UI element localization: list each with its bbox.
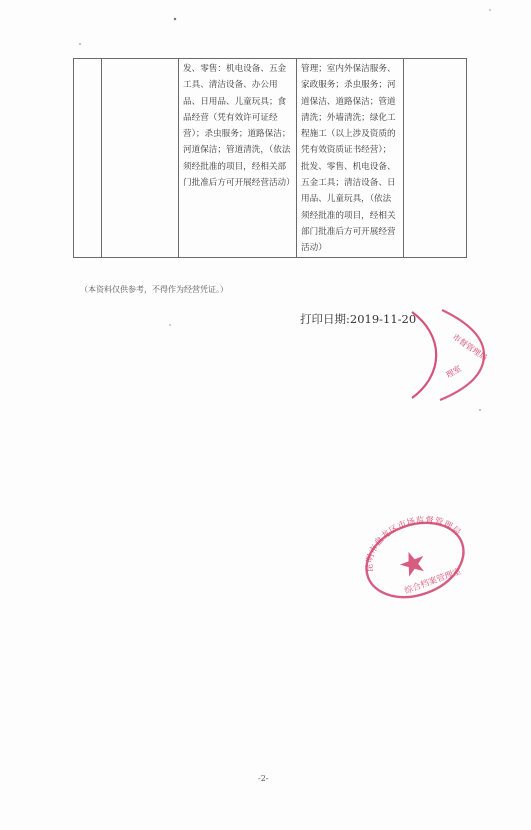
table-cell-item	[102, 59, 179, 258]
page-number: -2-	[258, 774, 269, 783]
official-seal-stamp: 昆明市盘龙区市场监督管理局 综合档案管理室	[355, 500, 475, 620]
svg-text:昆明市盘龙区市场监督管理局: 昆明市盘龙区市场监督管理局	[365, 515, 463, 573]
table-cell-before-change: 发、零售：机电设备、五金工具、清洁设备、办公用品、日用品、儿童玩具；食品经营（凭…	[179, 59, 297, 258]
table-cell-date	[404, 59, 467, 258]
business-scope-table: 发、零售：机电设备、五金工具、清洁设备、办公用品、日用品、儿童玩具；食品经营（凭…	[73, 58, 467, 258]
print-date-label: 打印日期:	[300, 312, 350, 326]
reference-note: （本资料仅供参考，不得作为经营凭证。）	[80, 284, 228, 295]
print-date: 打印日期:2019-11-20	[300, 311, 416, 327]
table-cell-after-change: 管理；室内外保洁服务、家政服务；杀虫服务；河道保洁、道路保洁；管道清洗；外墙清洗…	[297, 59, 404, 258]
print-date-value: 2019-11-20	[350, 312, 416, 326]
partial-stamp-bottom-text: 理室	[444, 363, 463, 380]
table-cell-index	[74, 59, 102, 258]
stamp-top-text: 昆明市盘龙区市场监督管理局	[365, 515, 463, 573]
partial-stamp-top-text: 市督管理局	[451, 331, 490, 362]
table-row: 发、零售：机电设备、五金工具、清洁设备、办公用品、日用品、儿童玩具；食品经营（凭…	[74, 59, 467, 258]
star-icon	[397, 548, 429, 579]
stamp-bottom-text: 综合档案管理室	[403, 566, 463, 597]
